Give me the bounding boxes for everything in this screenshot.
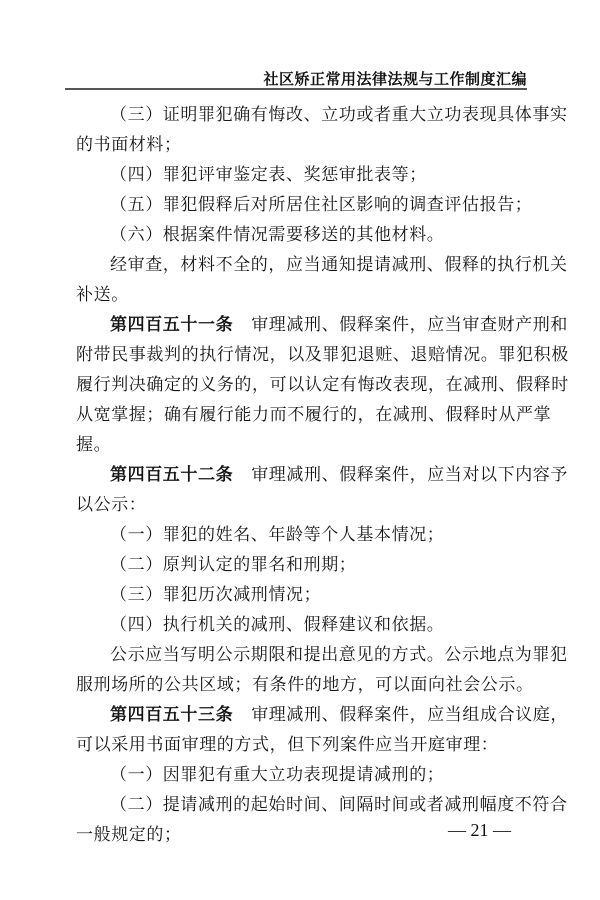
text-line: 附带民事裁判的执行情况，以及罪犯退赃、退赔情况。罪犯积极 [76, 340, 528, 370]
text-line: 握。 [76, 430, 528, 460]
text-line: 以公示： [76, 490, 528, 520]
page-number: — 21 — [448, 820, 511, 841]
article-453-line: 第四百五十三条审理减刑、假释案件，应当组成合议庭， [76, 700, 528, 730]
text-line: （三）证明罪犯确有悔改、立功或者重大立功表现具体事实 [76, 100, 528, 130]
article-heading-451: 第四百五十一条 [110, 315, 233, 335]
text-line: 补送。 [76, 280, 528, 310]
text-line: 可以采用书面审理的方式，但下列案件应当开庭审理： [76, 730, 528, 760]
header-rule [65, 88, 527, 90]
text-line: 公示应当写明公示期限和提出意见的方式。公示地点为罪犯 [76, 640, 528, 670]
text-line: （五）罪犯假释后对所居住社区影响的调查评估报告； [76, 190, 528, 220]
text-line: 服刑场所的公共区域；有条件的地方，可以面向社会公示。 [76, 670, 528, 700]
article-heading-452: 第四百五十二条 [110, 465, 233, 485]
page-body: （三）证明罪犯确有悔改、立功或者重大立功表现具体事实 的书面材料； （四）罪犯评… [76, 100, 528, 850]
text-line: （一）罪犯的姓名、年龄等个人基本情况； [76, 520, 528, 550]
text-line: 经审查，材料不全的，应当通知提请减刑、假释的执行机关 [76, 250, 528, 280]
text-line: （二）提请减刑的起始时间、间隔时间或者减刑幅度不符合 [76, 790, 528, 820]
text-line: （四）罪犯评审鉴定表、奖惩审批表等； [76, 160, 528, 190]
running-header: 社区矫正常用法律法规与工作制度汇编 [65, 68, 527, 89]
text-line: 履行判决确定的义务的，可以认定有悔改表现，在减刑、假释时 [76, 370, 528, 400]
text-line: （一）因罪犯有重大立功表现提请减刑的； [76, 760, 528, 790]
text-line: （四）执行机关的减刑、假释建议和依据。 [76, 610, 528, 640]
text-line: （六）根据案件情况需要移送的其他材料。 [76, 220, 528, 250]
text-line: 从宽掌握；确有履行能力而不履行的，在减刑、假释时从严掌 [76, 400, 528, 430]
article-452-line: 第四百五十二条审理减刑、假释案件，应当对以下内容予 [76, 460, 528, 490]
article-451-line: 第四百五十一条审理减刑、假释案件，应当审查财产刑和 [76, 310, 528, 340]
text-line: （二）原判认定的罪名和刑期； [76, 550, 528, 580]
text-line: （三）罪犯历次减刑情况； [76, 580, 528, 610]
text-line: 的书面材料； [76, 130, 528, 160]
article-heading-453: 第四百五十三条 [110, 705, 233, 725]
